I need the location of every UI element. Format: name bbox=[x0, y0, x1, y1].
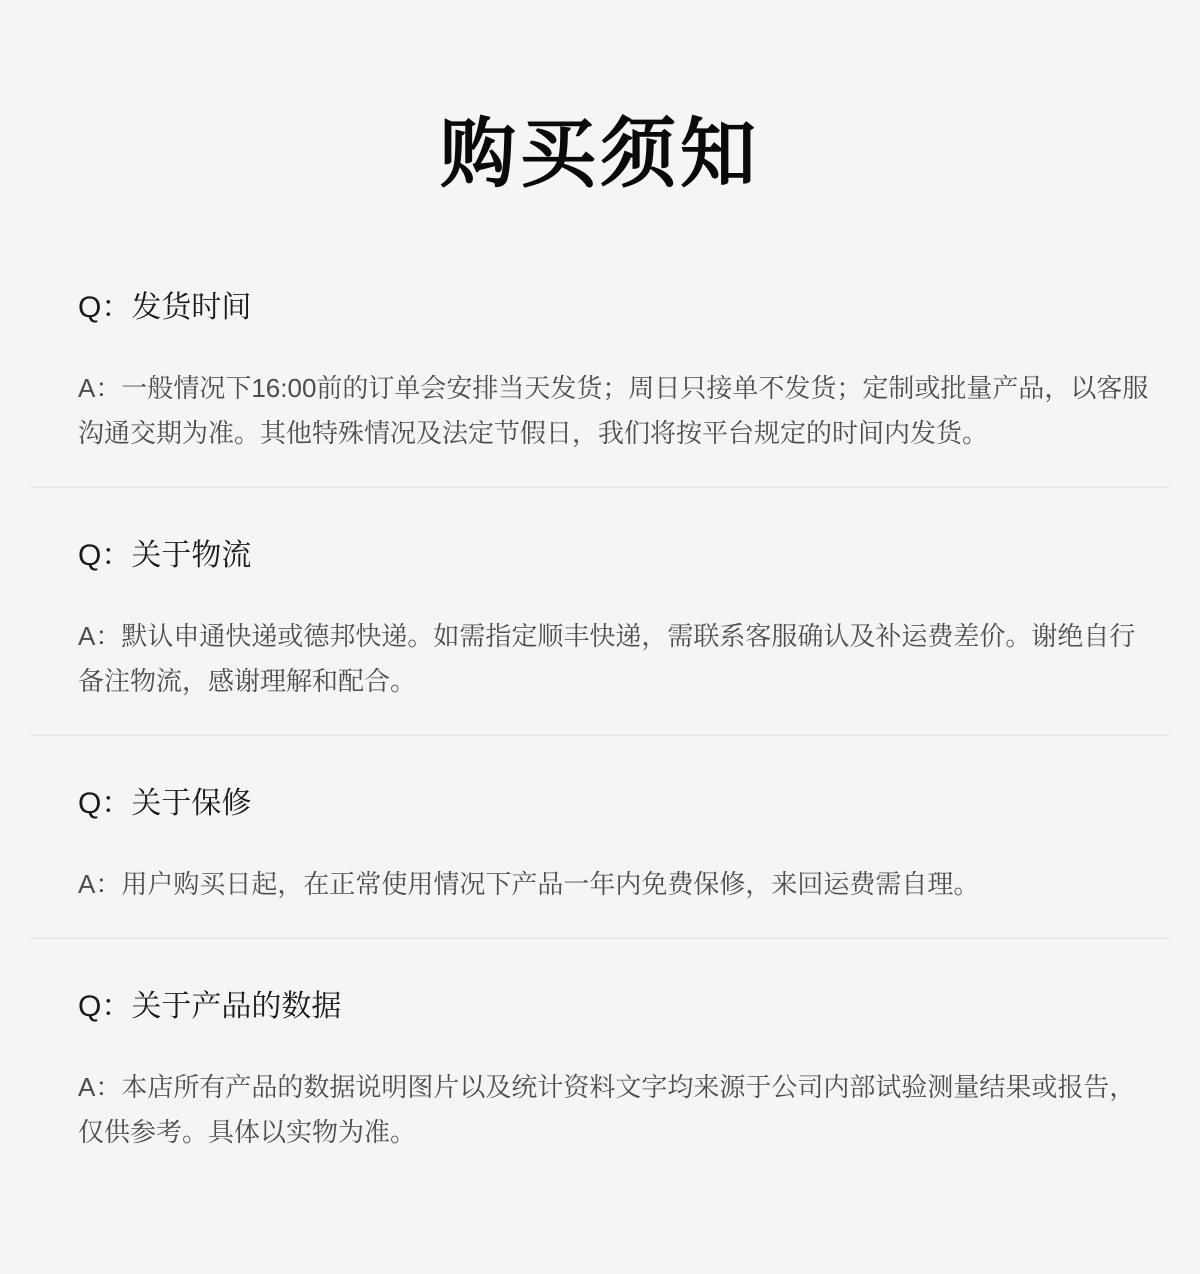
answer-prefix: A： bbox=[78, 869, 121, 899]
answer-text: 默认申通快递或德邦快递。如需指定顺丰快递，需联系客服确认及补运费差价。谢绝自行备… bbox=[78, 621, 1135, 696]
answer-text: 一般情况下16:00前的订单会安排当天发货；周日只接单不发货；定制或批量产品，以… bbox=[78, 373, 1148, 448]
question-prefix: Q： bbox=[78, 787, 131, 820]
question-heading: Q：关于物流 bbox=[78, 538, 1155, 574]
page-title: 购买须知 bbox=[0, 0, 1200, 200]
question-prefix: Q： bbox=[78, 291, 131, 324]
question-text: 关于物流 bbox=[131, 539, 251, 572]
question-text: 发货时间 bbox=[131, 291, 251, 324]
question-heading: Q：发货时间 bbox=[78, 290, 1155, 326]
faq-section-shipping-time: Q：发货时间 A：一般情况下16:00前的订单会安排当天发货；周日只接单不发货；… bbox=[0, 240, 1200, 486]
answer-paragraph: A：默认申通快递或德邦快递。如需指定顺丰快递，需联系客服确认及补运费差价。谢绝自… bbox=[78, 614, 1155, 704]
question-prefix: Q： bbox=[78, 539, 131, 572]
question-prefix: Q： bbox=[78, 990, 131, 1023]
faq-section-logistics: Q：关于物流 A：默认申通快递或德邦快递。如需指定顺丰快递，需联系客服确认及补运… bbox=[0, 488, 1200, 734]
faq-section-warranty: Q：关于保修 A：用户购买日起，在正常使用情况下产品一年内免费保修，来回运费需自… bbox=[0, 736, 1200, 937]
question-text: 关于产品的数据 bbox=[131, 990, 341, 1023]
answer-prefix: A： bbox=[78, 1072, 121, 1102]
answer-paragraph: A：本店所有产品的数据说明图片以及统计资料文字均来源于公司内部试验测量结果或报告… bbox=[78, 1065, 1155, 1155]
purchase-notice-page: 购买须知 Q：发货时间 A：一般情况下16:00前的订单会安排当天发货；周日只接… bbox=[0, 0, 1200, 1274]
answer-paragraph: A：用户购买日起，在正常使用情况下产品一年内免费保修，来回运费需自理。 bbox=[78, 862, 1155, 907]
answer-prefix: A： bbox=[78, 373, 121, 403]
answer-paragraph: A：一般情况下16:00前的订单会安排当天发货；周日只接单不发货；定制或批量产品… bbox=[78, 366, 1155, 456]
faq-section-product-data: Q：关于产品的数据 A：本店所有产品的数据说明图片以及统计资料文字均来源于公司内… bbox=[0, 939, 1200, 1185]
question-heading: Q：关于产品的数据 bbox=[78, 989, 1155, 1025]
answer-prefix: A： bbox=[78, 621, 121, 651]
question-text: 关于保修 bbox=[131, 787, 251, 820]
answer-text: 用户购买日起，在正常使用情况下产品一年内免费保修，来回运费需自理。 bbox=[121, 869, 979, 899]
answer-text: 本店所有产品的数据说明图片以及统计资料文字均来源于公司内部试验测量结果或报告，仅… bbox=[78, 1072, 1135, 1147]
question-heading: Q：关于保修 bbox=[78, 786, 1155, 822]
